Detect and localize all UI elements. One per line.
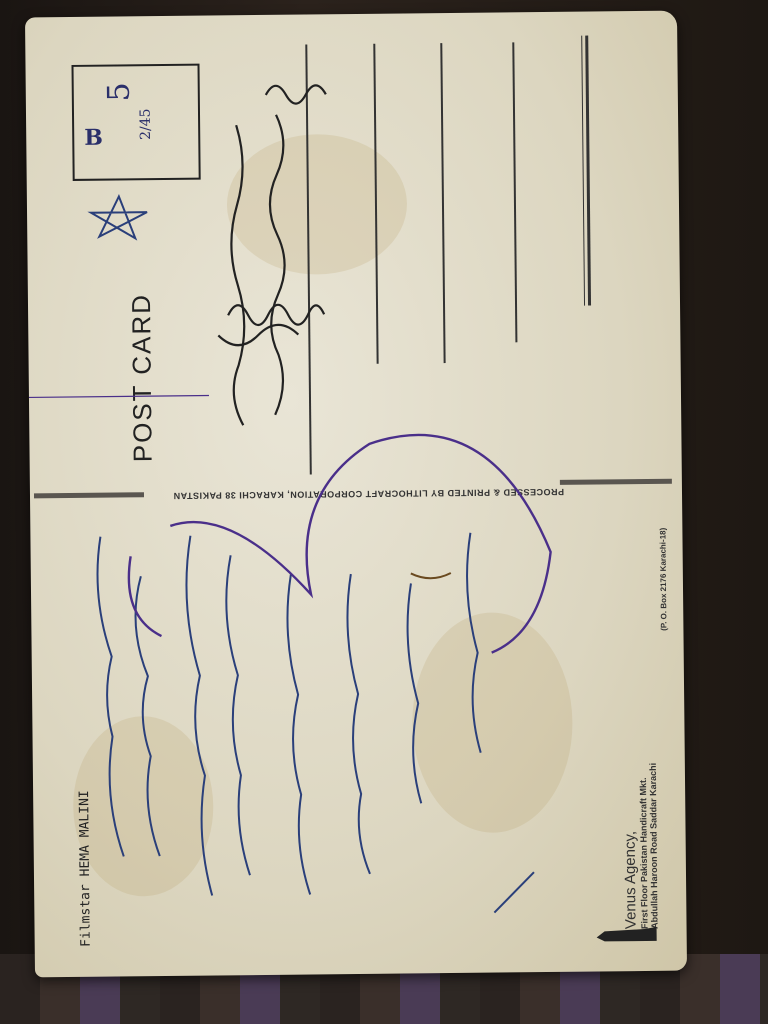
caption-name: HEMA MALINI	[77, 790, 93, 876]
paper-stain	[226, 133, 407, 275]
post-card-title: POST CARD	[126, 293, 159, 463]
address-line	[581, 36, 585, 306]
paper-stain	[72, 716, 214, 897]
stamp-mark: 2/45	[138, 108, 154, 140]
caption-prefix: Filmstar	[78, 884, 94, 947]
printer-credit: PROCESSED & PRINTED BY LITHOCRAFT CORPOR…	[173, 487, 564, 501]
stamp-box: 5 B 2/45	[71, 64, 200, 181]
star-icon	[91, 196, 147, 239]
address-line	[512, 42, 517, 342]
publisher-po-box: (P. O. Box 2176 Karachi-18)	[658, 528, 668, 631]
postcard: 5 B 2/45 POST CARD PROCESSED & PRINTED B…	[25, 11, 687, 978]
address-line	[585, 36, 591, 306]
stamp-mark: 5	[102, 82, 137, 101]
address-line	[440, 43, 445, 363]
stamp-mark: B	[84, 125, 103, 151]
publisher-address: Abdullah Haroon Road Saddar Karachi	[648, 763, 660, 929]
paper-stain	[411, 612, 573, 834]
divider	[560, 479, 672, 485]
publisher-name: Venus Agency,	[621, 763, 640, 929]
publisher-block: Venus Agency, First Floor Pakistan Handi…	[621, 763, 660, 929]
publisher-logo-icon	[595, 923, 661, 944]
divider	[34, 492, 144, 498]
caption: Filmstar HEMA MALINI	[77, 790, 94, 947]
